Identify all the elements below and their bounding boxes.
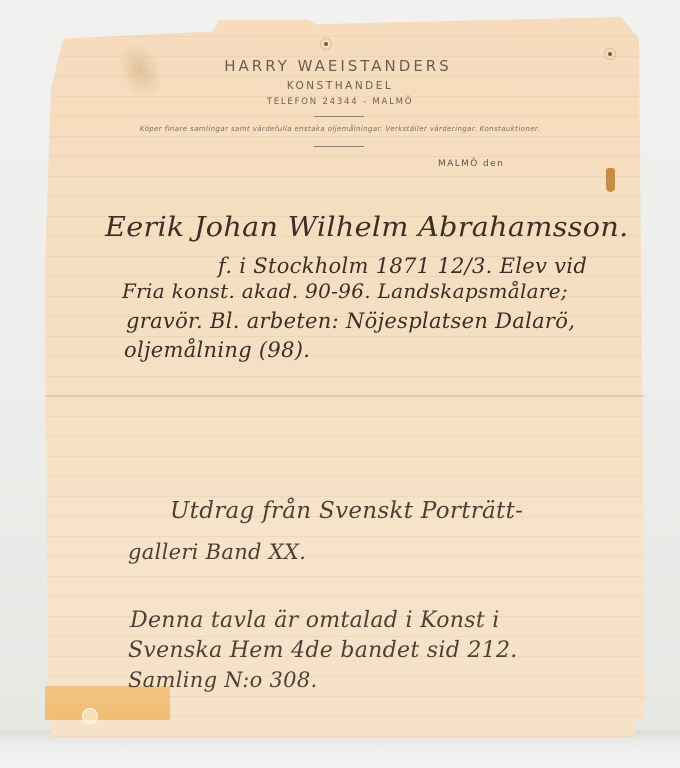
letterhead-company-name: HARRY WAEISTANDERS (0, 57, 678, 75)
handwriting-line: Utdrag från Svenskt Porträtt- (170, 498, 523, 524)
handwriting-line: Svenska Hem 4de bandet sid 212. (128, 638, 518, 663)
stain-right-edge (606, 168, 615, 192)
letterhead-tagline: Köper finare samlingar samt värdefulla e… (0, 125, 680, 133)
handwriting-line: Samling N:o 308. (128, 668, 317, 692)
pin-hole-top-center (320, 38, 332, 50)
handwriting-line: oljemålning (98). (124, 338, 310, 362)
handwriting-line: gravör. Bl. arbeten: Nöjesplatsen Dalarö… (126, 309, 575, 333)
letterhead-phone-line: TELEFON 24344 - MALMÖ (0, 97, 680, 107)
handwriting-line: f. i Stockholm 1871 12/3. Elev vid (218, 254, 587, 278)
paper-fold-line (45, 395, 645, 397)
letterhead-rule-top (314, 116, 364, 117)
handwriting-line: Eerik Johan Wilhelm Abrahamsson. (105, 212, 628, 243)
scanned-document-scene: HARRY WAEISTANDERS KONSTHANDEL TELEFON 2… (0, 0, 680, 768)
handwriting-line: Denna tavla är omtalad i Konst i (130, 608, 500, 633)
handwriting-line: galleri Band XX. (128, 540, 306, 564)
tape-hole (82, 708, 98, 724)
letterhead-rule-bottom (314, 146, 364, 147)
letterhead-business-type: KONSTHANDEL (0, 80, 680, 92)
letterhead-place-date: MALMÖ den (438, 159, 504, 169)
handwriting-line: Fria konst. akad. 90-96. Landskapsmålare… (122, 279, 568, 303)
